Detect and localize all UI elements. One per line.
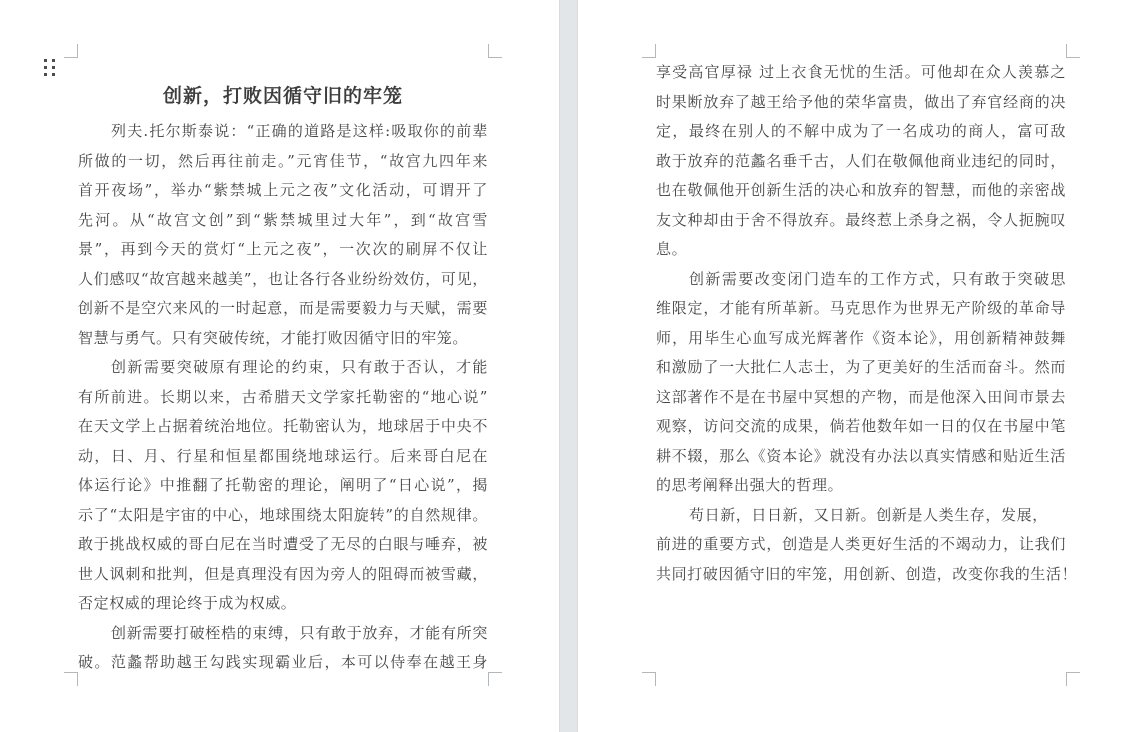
text-line[interactable]: 师，用毕生心血写成光辉著作《资本论》，用创新精神鼓舞 xyxy=(656,324,1066,354)
text-line[interactable]: 体运行论》中推翻了托勒密的理论，阐明了“日心说”，揭 xyxy=(78,471,488,501)
text-line[interactable]: 苟日新，日日新，又日新。创新是人类生存，发展， xyxy=(656,501,1066,531)
text-line[interactable]: 敢于放弃的范蠡名垂千古，人们在敬佩他商业违纪的同时， xyxy=(656,147,1066,177)
text-line[interactable]: 否定权威的理论终于成为权威。 xyxy=(78,589,488,619)
margin-crop-mark-top-right-icon xyxy=(488,44,502,58)
text-line[interactable]: 也在敬佩他开创新生活的决心和放弃的智慧，而他的亲密战 xyxy=(656,176,1066,206)
document-title[interactable]: 创新，打败因循守旧的牢笼 xyxy=(78,82,488,110)
paragraph: 创新需要打破桎梏的束缚，只有敢于放弃，才能有所突破。范蠡帮助越王勾践实现霸业后，… xyxy=(78,619,488,678)
page-2-body[interactable]: 享受高官厚禄 过上衣食无忧的生活。可他却在众人羡慕之时果断放弃了越王给予他的荣华… xyxy=(656,58,1066,589)
page-1-text-area[interactable]: 创新，打败因循守旧的牢笼 列夫.托尔斯泰说：“正确的道路是这样:吸取你的前辈所做… xyxy=(78,58,488,678)
text-line[interactable]: 创新不是空穴来风的一时起意，而是需要毅力与天赋，需要 xyxy=(78,294,488,324)
paragraph: 列夫.托尔斯泰说：“正确的道路是这样:吸取你的前辈所做的一切，然后再往前走。”元… xyxy=(78,117,488,353)
text-line[interactable]: 动，日、月、行星和恒星都围绕地球运行。后来哥白尼在《天 xyxy=(78,442,488,472)
margin-crop-mark-bottom-right-icon xyxy=(488,672,502,686)
text-line[interactable]: 在天文学上占据着统治地位。托勒密认为，地球居于中央不 xyxy=(78,412,488,442)
text-line[interactable]: 前进的重要方式，创造是人类更好生活的不竭动力，让我们 xyxy=(656,530,1066,560)
margin-crop-mark-bottom-right-icon xyxy=(1066,672,1080,686)
text-line[interactable]: 所做的一切，然后再往前走。”元宵佳节，“故宫九四年来 xyxy=(78,147,488,177)
text-line[interactable]: 敢于挑战权威的哥白尼在当时遭受了无尽的白眼与唾弃，被 xyxy=(78,530,488,560)
text-line[interactable]: 有所前进。长期以来，古希腊天文学家托勒密的“地心说” xyxy=(78,383,488,413)
margin-crop-mark-top-left-icon xyxy=(64,44,78,58)
margin-crop-mark-top-left-icon xyxy=(642,44,656,58)
page-gap xyxy=(559,0,578,732)
text-line[interactable]: 首开夜场”，举办“紫禁城上元之夜”文化活动，可谓开了 xyxy=(78,176,488,206)
text-line[interactable]: 人们感叹“故宫越来越美”，也让各行各业纷纷效仿，可见， xyxy=(78,265,488,295)
document-canvas: 创新，打败因循守旧的牢笼 列夫.托尔斯泰说：“正确的道路是这样:吸取你的前辈所做… xyxy=(0,0,1132,732)
text-line[interactable]: 破。范蠡帮助越王勾践实现霸业后，本可以侍奉在越王身边， xyxy=(78,648,488,678)
text-line[interactable]: 世人讽刺和批判，但是真理没有因为旁人的阻碍而被雪藏， xyxy=(78,560,488,590)
text-line[interactable]: 维限定，才能有所革新。马克思作为世界无产阶级的革命导 xyxy=(656,294,1066,324)
text-line[interactable]: 这部著作不是在书屋中冥想的产物，而是他深入田间市景去 xyxy=(656,383,1066,413)
text-line[interactable]: 观察，访问交流的成果，倘若他数年如一日的仅在书屋中笔 xyxy=(656,412,1066,442)
text-line[interactable]: 景”，再到今天的赏灯“上元之夜”，一次次的刷屏不仅让 xyxy=(78,235,488,265)
text-line[interactable]: 友文种却由于舍不得放弃。最终惹上杀身之祸，令人扼腕叹 xyxy=(656,206,1066,236)
text-line[interactable]: 创新需要打破桎梏的束缚，只有敢于放弃，才能有所突 xyxy=(78,619,488,649)
paragraph: 创新需要突破原有理论的约束，只有敢于否认，才能有所前进。长期以来，古希腊天文学家… xyxy=(78,353,488,619)
paragraph: 苟日新，日日新，又日新。创新是人类生存，发展，前进的重要方式，创造是人类更好生活… xyxy=(656,501,1066,590)
paragraph: 享受高官厚禄 过上衣食无忧的生活。可他却在众人羡慕之时果断放弃了越王给予他的荣华… xyxy=(656,58,1066,265)
text-line[interactable]: 先河。从“故宫文创”到“紫禁城里过大年”，到“故宫雪 xyxy=(78,206,488,236)
text-line[interactable]: 耕不辍，那么《资本论》就没有办法以真实情感和贴近生活 xyxy=(656,442,1066,472)
margin-crop-mark-bottom-left-icon xyxy=(64,672,78,686)
text-line[interactable]: 息。 xyxy=(656,235,1066,265)
page-2-text-area[interactable]: 享受高官厚禄 过上衣食无忧的生活。可他却在众人羡慕之时果断放弃了越王给予他的荣华… xyxy=(656,58,1066,589)
page-2[interactable]: 享受高官厚禄 过上衣食无忧的生活。可他却在众人羡慕之时果断放弃了越王给予他的荣华… xyxy=(578,0,1132,732)
text-line[interactable]: 创新需要改变闭门造车的工作方式，只有敢于突破思 xyxy=(656,265,1066,295)
paragraph: 创新需要改变闭门造车的工作方式，只有敢于突破思维限定，才能有所革新。马克思作为世… xyxy=(656,265,1066,501)
page-1[interactable]: 创新，打败因循守旧的牢笼 列夫.托尔斯泰说：“正确的道路是这样:吸取你的前辈所做… xyxy=(0,0,559,732)
text-line[interactable]: 和激励了一大批仁人志士，为了更美好的生活而奋斗。然而 xyxy=(656,353,1066,383)
text-line[interactable]: 创新需要突破原有理论的约束，只有敢于否认，才能 xyxy=(78,353,488,383)
text-line[interactable]: 的思考阐释出强大的哲理。 xyxy=(656,471,1066,501)
text-line[interactable]: 享受高官厚禄 过上衣食无忧的生活。可他却在众人羡慕之 xyxy=(656,58,1066,88)
page-1-body[interactable]: 列夫.托尔斯泰说：“正确的道路是这样:吸取你的前辈所做的一切，然后再往前走。”元… xyxy=(78,117,488,678)
text-line[interactable]: 示了“太阳是宇宙的中心，地球围绕太阳旋转”的自然规律。 xyxy=(78,501,488,531)
text-line[interactable]: 列夫.托尔斯泰说：“正确的道路是这样:吸取你的前辈 xyxy=(78,117,488,147)
text-line[interactable]: 智慧与勇气。只有突破传统，才能打败因循守旧的牢笼。 xyxy=(78,324,488,354)
margin-crop-mark-bottom-left-icon xyxy=(642,672,656,686)
margin-crop-mark-top-right-icon xyxy=(1066,44,1080,58)
drag-handle-icon[interactable] xyxy=(44,59,58,79)
text-line[interactable]: 时果断放弃了越王给予他的荣华富贵，做出了弃官经商的决 xyxy=(656,88,1066,118)
text-line[interactable]: 共同打破因循守旧的牢笼，用创新、创造，改变你我的生活！ xyxy=(656,560,1066,590)
text-line[interactable]: 定，最终在别人的不解中成为了一名成功的商人，富可敌国。 xyxy=(656,117,1066,147)
